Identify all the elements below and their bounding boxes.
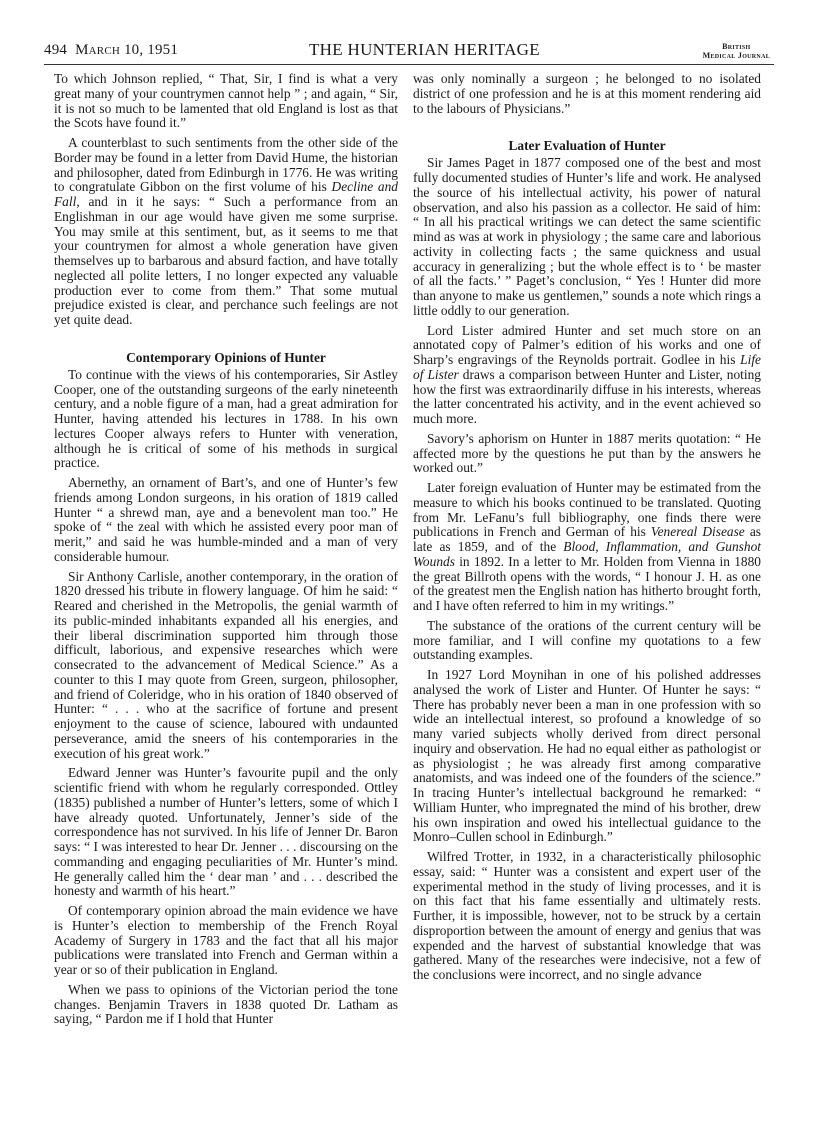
paragraph: Wilfred Trotter, in 1932, in a character… xyxy=(413,850,761,983)
text-run: draws a comparison between Hunter and Li… xyxy=(413,367,761,426)
paragraph: To which Johnson replied, “ That, Sir, I… xyxy=(54,72,398,131)
section-heading: Later Evaluation of Hunter xyxy=(413,138,761,154)
section-heading: Contemporary Opinions of Hunter xyxy=(54,350,398,366)
paragraph: was only nominally a surgeon ; he belong… xyxy=(413,72,761,116)
paragraph: The substance of the orations of the cur… xyxy=(413,619,761,663)
left-column: To which Johnson replied, “ That, Sir, I… xyxy=(54,72,398,1032)
paragraph: Savory’s aphorism on Hunter in 1887 meri… xyxy=(413,432,761,476)
article-title: THE HUNTERIAN HERITAGE xyxy=(309,40,540,60)
paragraph: To continue with the views of his contem… xyxy=(54,368,398,471)
page-info: 494March 10, 1951 xyxy=(44,42,178,59)
paragraph: Later foreign evaluation of Hunter may b… xyxy=(413,481,761,614)
paragraph: Edward Jenner was Hunter’s favourite pup… xyxy=(54,766,398,899)
paragraph: Sir Anthony Carlisle, another contempora… xyxy=(54,570,398,762)
paragraph: Of contemporary opinion abroad the main … xyxy=(54,904,398,978)
right-column: was only nominally a surgeon ; he belong… xyxy=(413,72,761,988)
paragraph: Abernethy, an ornament of Bart’s, and on… xyxy=(54,476,398,565)
paragraph: A counterblast to such sentiments from t… xyxy=(54,136,398,328)
book-title: Venereal Disease xyxy=(651,524,745,539)
text-run: in 1892. In a letter to Mr. Holden from … xyxy=(413,554,761,613)
text-run: , and in it he says: “ Such a performanc… xyxy=(54,194,398,327)
paragraph: When we pass to opinions of the Victoria… xyxy=(54,983,398,1027)
page-number: 494 xyxy=(44,42,67,58)
text-run: Lord Lister admired Hunter and set much … xyxy=(413,323,761,368)
journal-name-line2: Medical Journal xyxy=(703,51,770,60)
paragraph: Lord Lister admired Hunter and set much … xyxy=(413,324,761,427)
running-header: 494March 10, 1951 THE HUNTERIAN HERITAGE… xyxy=(44,38,774,65)
journal-name: British Medical Journal xyxy=(703,42,770,60)
paragraph: In 1927 Lord Moynihan in one of his poli… xyxy=(413,668,761,845)
issue-date: March 10, 1951 xyxy=(75,42,178,58)
paragraph: Sir James Paget in 1877 composed one of … xyxy=(413,156,761,318)
journal-name-line1: British xyxy=(703,42,770,51)
